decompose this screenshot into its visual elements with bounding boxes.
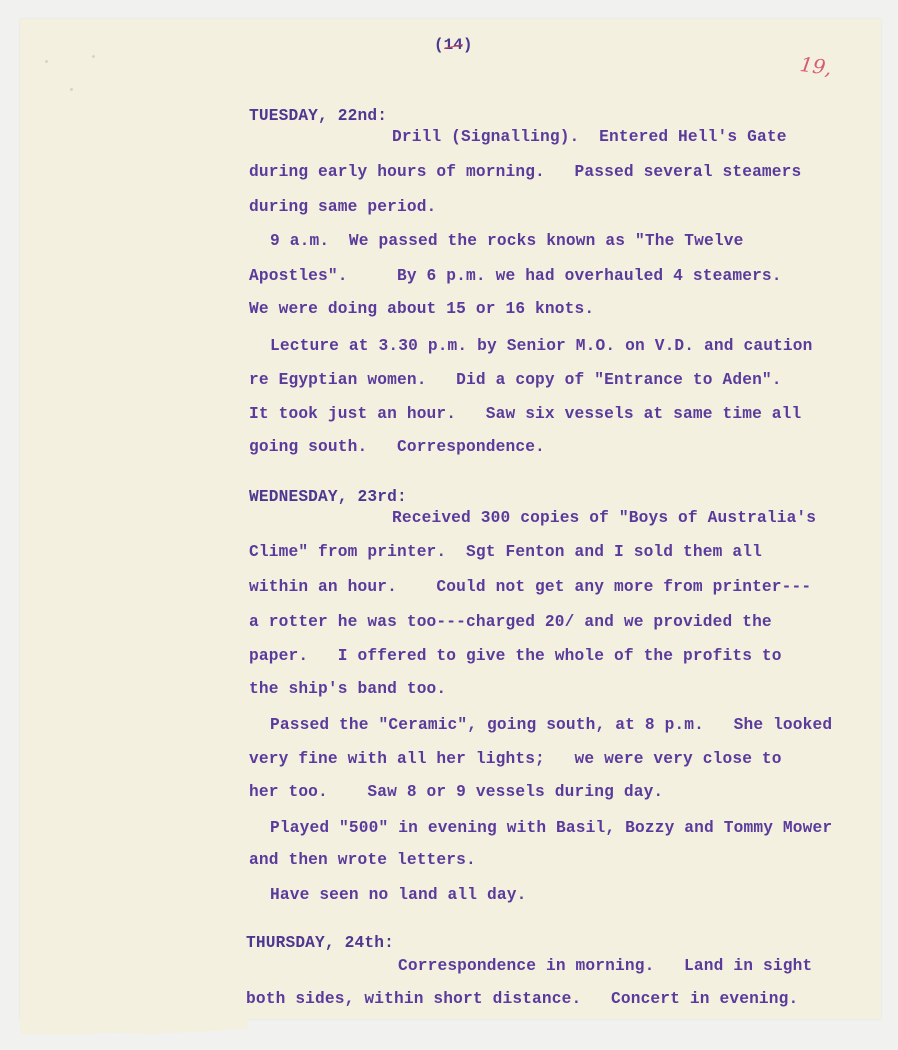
diary-line: It took just an hour. Saw six vessels at… <box>249 404 801 424</box>
paper-blemish <box>45 60 48 63</box>
diary-line: during early hours of morning. Passed se… <box>249 162 801 182</box>
diary-line: Passed the "Ceramic", going south, at 8 … <box>270 715 832 735</box>
day-heading-tuesday: TUESDAY, 22nd: <box>249 106 387 126</box>
diary-line: Received 300 copies of "Boys of Australi… <box>392 508 816 528</box>
diary-line: going south. Correspondence. <box>249 437 545 457</box>
diary-line: during same period. <box>249 197 436 217</box>
day-heading-thursday: THURSDAY, 24th: <box>246 933 394 953</box>
diary-line: Lecture at 3.30 p.m. by Senior M.O. on V… <box>270 336 813 356</box>
torn-paper-edge <box>20 1015 248 1035</box>
diary-line: both sides, within short distance. Conce… <box>246 989 798 1009</box>
diary-line: very fine with all her lights; we were v… <box>249 749 782 769</box>
paper-blemish <box>92 55 95 58</box>
diary-line: the ship's band too. <box>249 679 446 699</box>
handwritten-folio-number: 19, <box>798 52 833 80</box>
diary-line: Correspondence in morning. Land in sight <box>398 956 812 976</box>
diary-line: Drill (Signalling). Entered Hell's Gate <box>392 127 787 147</box>
struck-page-number: 14 <box>444 36 463 54</box>
diary-line: her too. Saw 8 or 9 vessels during day. <box>249 782 663 802</box>
diary-line: Clime" from printer. Sgt Fenton and I so… <box>249 542 762 562</box>
diary-line: 9 a.m. We passed the rocks known as "The… <box>270 231 743 251</box>
diary-line: and then wrote letters. <box>249 850 476 870</box>
diary-line: Have seen no land all day. <box>270 885 526 905</box>
diary-line: Apostles". By 6 p.m. we had overhauled 4… <box>249 266 782 286</box>
diary-line: re Egyptian women. Did a copy of "Entran… <box>249 370 782 390</box>
diary-line: We were doing about 15 or 16 knots. <box>249 299 594 319</box>
diary-line: a rotter he was too---charged 20/ and we… <box>249 612 772 632</box>
day-heading-wednesday: WEDNESDAY, 23rd: <box>249 487 407 507</box>
diary-line: within an hour. Could not get any more f… <box>249 577 811 597</box>
diary-line: Played "500" in evening with Basil, Bozz… <box>270 818 832 838</box>
diary-line: paper. I offered to give the whole of th… <box>249 646 782 666</box>
typed-page-number: (14) <box>434 36 472 54</box>
paper-blemish <box>70 88 73 91</box>
